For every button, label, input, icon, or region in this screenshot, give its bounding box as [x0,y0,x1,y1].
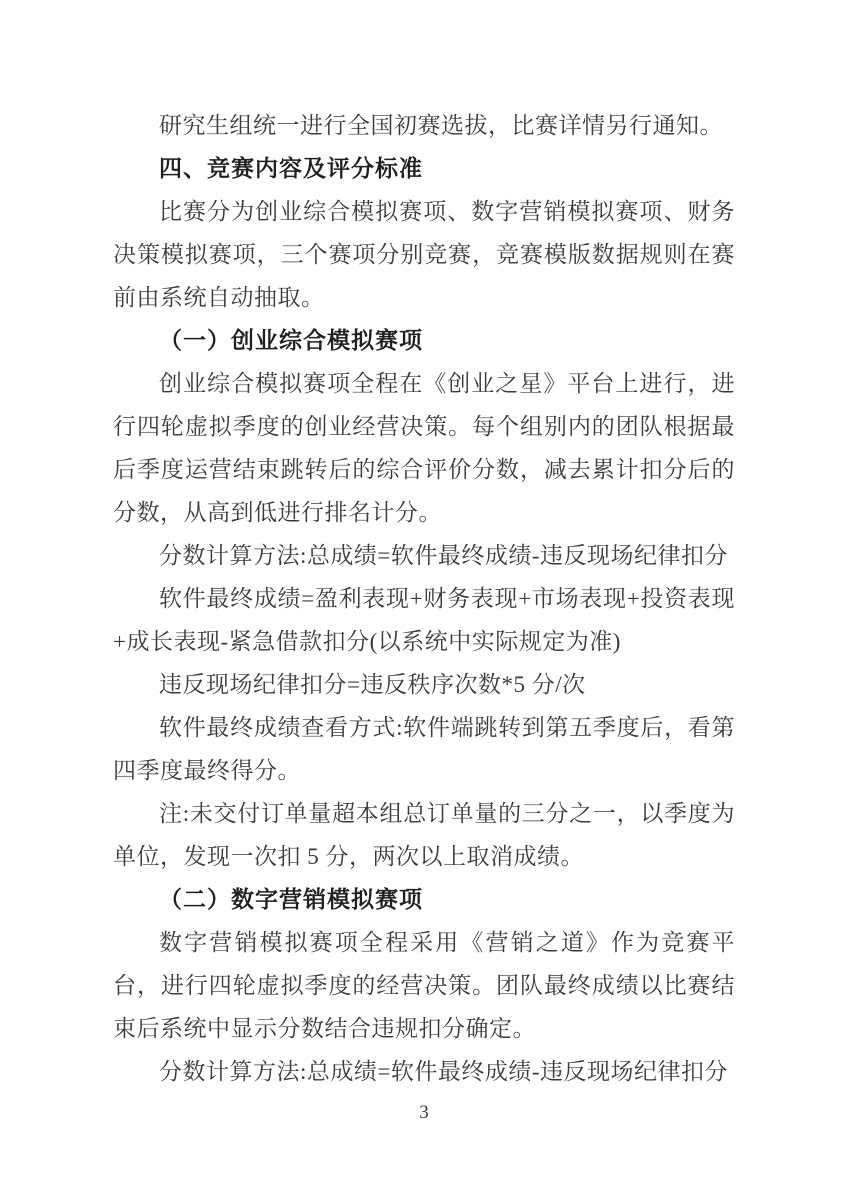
document-body: 研究生组统一进行全国初赛选拔，比赛详情另行通知。 四、竞赛内容及评分标准 比赛分… [113,104,735,1093]
paragraph-intro: 研究生组统一进行全国初赛选拔，比赛详情另行通知。 [113,104,735,147]
paragraph-software-score: 软件最终成绩=盈利表现+财务表现+市场表现+投资表现+成长表现-紧急借款扣分(以… [113,577,735,663]
subsection-heading-1: （一）创业综合模拟赛项 [113,319,735,362]
paragraph-note: 注:未交付订单量超本组总订单量的三分之一，以季度为单位，发现一次扣 5 分，两次… [113,792,735,878]
paragraph-score-formula-2: 分数计算方法:总成绩=软件最终成绩-违反现场纪律扣分 [113,1050,735,1093]
paragraph-startup-sim: 创业综合模拟赛项全程在《创业之星》平台上进行，进行四轮虚拟季度的创业经营决策。每… [113,362,735,534]
paragraph-discipline-penalty: 违反现场纪律扣分=违反秩序次数*5 分/次 [113,663,735,706]
paragraph-marketing-sim: 数字营销模拟赛项全程采用《营销之道》作为竞赛平台，进行四轮虚拟季度的经营决策。团… [113,921,735,1050]
document-page: 研究生组统一进行全国初赛选拔，比赛详情另行通知。 四、竞赛内容及评分标准 比赛分… [0,0,848,1200]
section-heading-4: 四、竞赛内容及评分标准 [113,147,735,190]
paragraph-overview: 比赛分为创业综合模拟赛项、数字营销模拟赛项、财务决策模拟赛项，三个赛项分别竞赛，… [113,190,735,319]
subsection-heading-2: （二）数字营销模拟赛项 [113,878,735,921]
paragraph-score-formula: 分数计算方法:总成绩=软件最终成绩-违反现场纪律扣分 [113,534,735,577]
paragraph-score-check: 软件最终成绩查看方式:软件端跳转到第五季度后，看第四季度最终得分。 [113,706,735,792]
page-number: 3 [0,1098,848,1128]
